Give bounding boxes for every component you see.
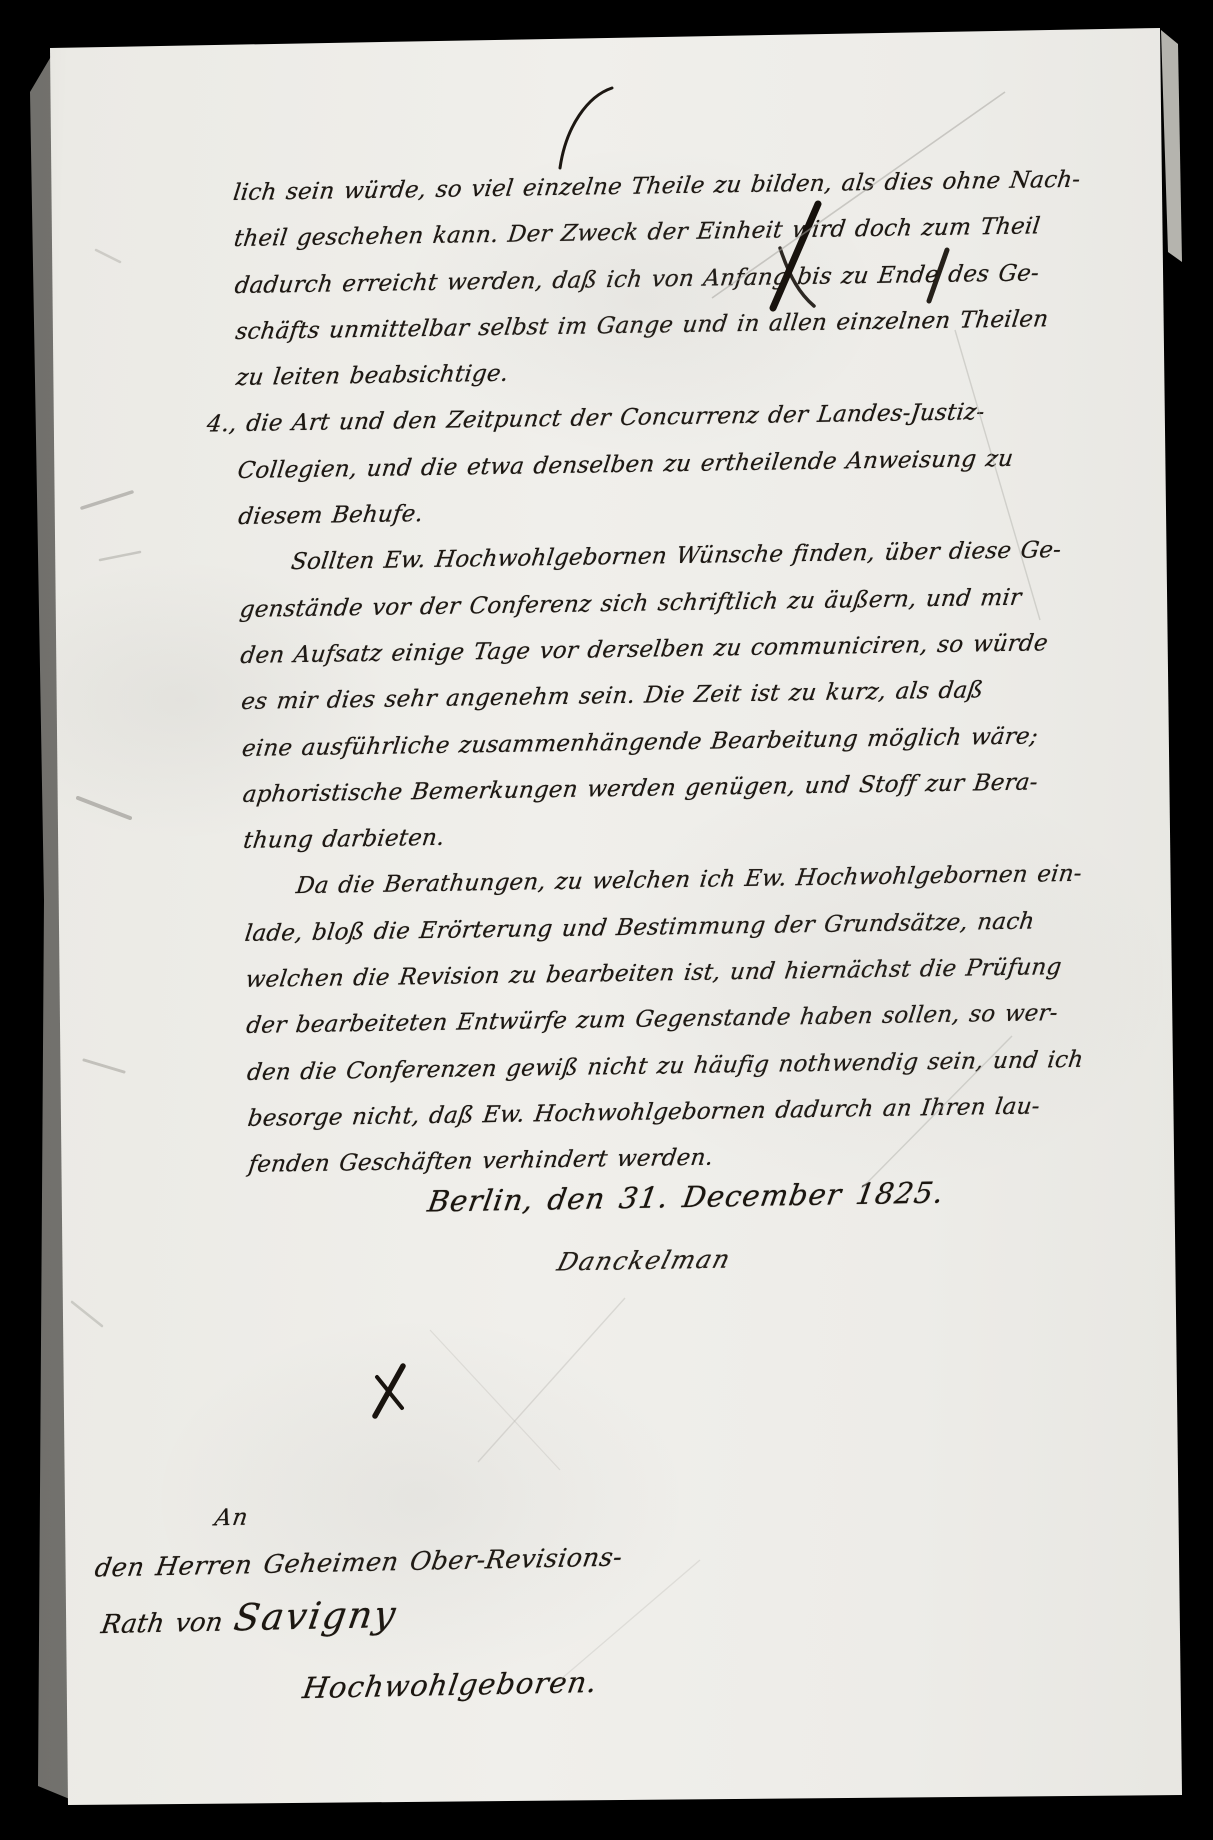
handwritten-line: eine ausführliche zusammenhängende Bearb… bbox=[239, 713, 1045, 772]
handwritten-line: besorge nicht, daß Ew. Hochwohlgebornen … bbox=[245, 1083, 1051, 1142]
signature: Danckelman bbox=[554, 1244, 734, 1276]
recipient-name: Savigny bbox=[231, 1593, 400, 1640]
address-line-1: den Herren Geheimen Ober-Revisions- bbox=[93, 1542, 625, 1583]
handwritten-line: Collegien, und die etwa denselben zu ert… bbox=[235, 435, 1041, 494]
handwritten-line: Da die Berathungen, zu welchen ich Ew. H… bbox=[241, 852, 1047, 911]
handwritten-line: lich sein würde, so viel einzelne Theile… bbox=[230, 157, 1036, 216]
handwritten-line: der bearbeiteten Entwürfe zum Gegenstand… bbox=[244, 991, 1050, 1050]
page-sheet: lich sein würde, so viel einzelne Theile… bbox=[0, 0, 1213, 1840]
handwritten-line: thung darbieten. bbox=[241, 805, 1047, 864]
address-block: An den Herren Geheimen Ober-Revisions- R… bbox=[0, 0, 1213, 1840]
handwritten-line: aphoristische Bemerkungen werden genügen… bbox=[240, 759, 1046, 818]
handwritten-line: 4., die Art und den Zeitpunct der Concur… bbox=[204, 389, 1040, 448]
handwritten-line: den Aufsatz einige Tage vor derselben zu… bbox=[238, 620, 1044, 679]
ink-marks-overlay bbox=[0, 0, 1213, 1840]
handwritten-line: dadurch erreicht werden, daß ich von Anf… bbox=[232, 250, 1038, 309]
address-line-2-prefix: Rath von bbox=[99, 1608, 225, 1641]
handwritten-line: Sollten Ew. Hochwohlgebornen Wünsche fin… bbox=[236, 528, 1042, 587]
address-line-2: Rath von Savigny bbox=[99, 1593, 401, 1642]
handwritten-line: welchen die Revision zu bearbeiten ist, … bbox=[243, 944, 1049, 1003]
letter-body: lich sein würde, so viel einzelne Theile… bbox=[233, 157, 1049, 1188]
dateline: Berlin, den 31. December 1825. bbox=[425, 1175, 946, 1218]
handwritten-line: diesem Behufe. bbox=[236, 481, 1042, 540]
address-salutation: An bbox=[213, 1505, 250, 1532]
handwritten-line: zu leiten beabsichtige. bbox=[233, 343, 1039, 402]
handwritten-line: es mir dies sehr angenehm sein. Die Zeit… bbox=[238, 667, 1044, 726]
handwritten-line: lade, bloß die Erörterung und Bestimmung… bbox=[242, 898, 1048, 957]
handwritten-line: schäfts unmittelbar selbst im Gange und … bbox=[233, 296, 1039, 355]
handwritten-line: theil geschehen kann. Der Zweck der Einh… bbox=[231, 204, 1037, 263]
address-line-3: Hochwohlgeboren. bbox=[300, 1665, 600, 1705]
scan-background: { "document": { "kind": "scanned handwri… bbox=[0, 0, 1213, 1840]
handwritten-line: den die Conferenzen gewiß nicht zu häufi… bbox=[244, 1037, 1050, 1096]
handwritten-line: genstände vor der Conferenz sich schrift… bbox=[237, 574, 1043, 633]
handwritten-line: fenden Geschäften verhindert werden. bbox=[246, 1129, 1052, 1188]
